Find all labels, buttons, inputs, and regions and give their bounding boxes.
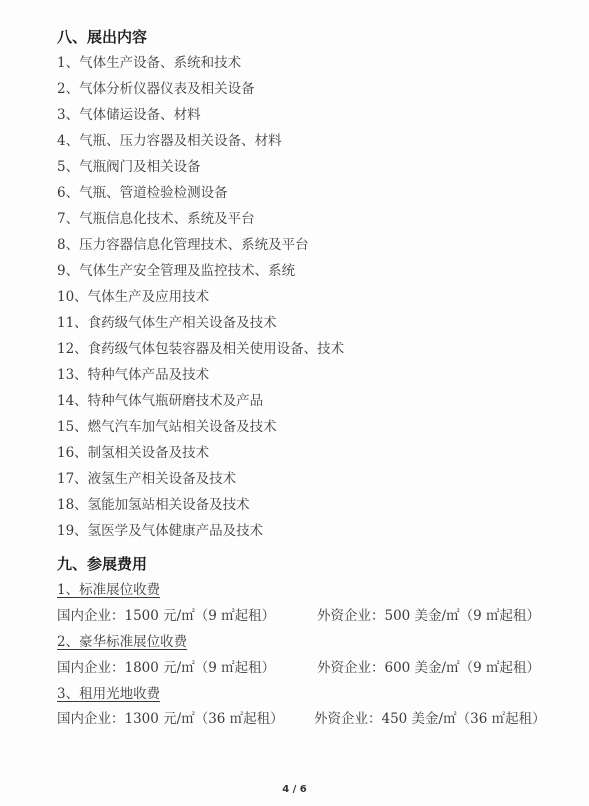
- list-item: 15、燃气汽车加气站相关设备及技术: [57, 418, 277, 436]
- list-item: 19、氢医学及气体健康产品及技术: [57, 522, 263, 540]
- fee-foreign: 外资企业：600 美金/㎡（9 ㎡起租）: [317, 659, 540, 677]
- fee-foreign: 外资企业：500 美金/㎡（9 ㎡起租）: [317, 607, 540, 625]
- list-item: 1、气体生产设备、系统和技术: [57, 54, 241, 72]
- list-item: 6、气瓶、管道检验检测设备: [57, 184, 228, 202]
- list-item: 11、食药级气体生产相关设备及技术: [57, 314, 277, 332]
- fee-domestic: 国内企业：1500 元/㎡（9 ㎡起租）: [57, 607, 275, 625]
- fee-domestic: 国内企业：1800 元/㎡（9 ㎡起租）: [57, 659, 275, 677]
- list-item: 10、气体生产及应用技术: [57, 288, 209, 306]
- list-item: 7、气瓶信息化技术、系统及平台: [57, 210, 255, 228]
- list-item: 18、氢能加氢站相关设备及技术: [57, 496, 250, 514]
- list-item: 13、特种气体产品及技术: [57, 366, 209, 384]
- list-item: 4、气瓶、压力容器及相关设备、材料: [57, 132, 282, 150]
- list-item: 12、食药级气体包装容器及相关使用设备、技术: [57, 340, 344, 358]
- list-item: 16、制氢相关设备及技术: [57, 444, 209, 462]
- document-page: 八、展出内容 1、气体生产设备、系统和技术 2、气体分析仪器仪表及相关设备 3、…: [0, 0, 589, 806]
- fee-foreign: 外资企业：450 美金/㎡（36 ㎡起租）: [314, 710, 546, 728]
- page-number: 4 / 6: [0, 784, 589, 795]
- list-item: 8、压力容器信息化管理技术、系统及平台: [57, 236, 309, 254]
- list-item: 9、气体生产安全管理及监控技术、系统: [57, 262, 295, 280]
- fee-category-label: 2、豪华标准展位收费: [57, 633, 187, 651]
- section-heading-exhibits: 八、展出内容: [57, 28, 147, 46]
- fee-category-label: 1、标准展位收费: [57, 581, 160, 599]
- list-item: 2、气体分析仪器仪表及相关设备: [57, 80, 255, 98]
- fee-domestic: 国内企业：1300 元/㎡（36 ㎡起租）: [57, 710, 284, 728]
- list-item: 14、特种气体气瓶研磨技术及产品: [57, 392, 263, 410]
- section-heading-fees: 九、参展费用: [57, 555, 147, 573]
- list-item: 17、液氢生产相关设备及技术: [57, 470, 236, 488]
- list-item: 5、气瓶阀门及相关设备: [57, 158, 201, 176]
- list-item: 3、气体储运设备、材料: [57, 106, 201, 124]
- fee-category-label: 3、租用光地收费: [57, 685, 160, 703]
